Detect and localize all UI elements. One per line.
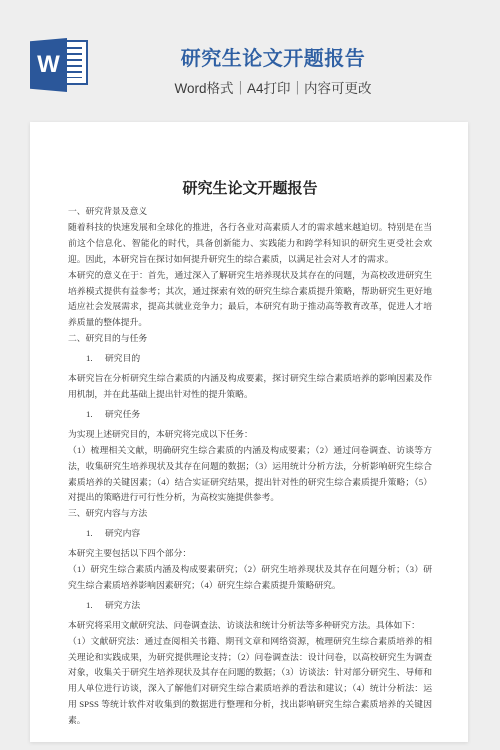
list-text: 研究目的 bbox=[105, 353, 140, 363]
doc-title: 研究生论文开题报告 bbox=[68, 122, 432, 198]
list-number: 1. bbox=[86, 598, 96, 614]
template-header: W 研究生论文开题报告 Word格式｜A4打印｜内容可更改 bbox=[0, 0, 500, 122]
doc-paragraph: 本研究主要包括以下四个部分： bbox=[68, 546, 432, 562]
doc-blocks: 一、研究背景及意义随着科技的快速发展和全球化的推进，各行各业对高素质人才的需求越… bbox=[68, 204, 432, 729]
doc-paragraph: 为实现上述研究目的，本研究将完成以下任务： bbox=[68, 427, 432, 443]
doc-section-heading: 二、研究目的与任务 bbox=[68, 331, 432, 347]
list-text: 研究内容 bbox=[105, 528, 140, 538]
list-number: 1. bbox=[86, 526, 96, 542]
doc-list-item: 1.研究任务 bbox=[68, 407, 432, 423]
doc-paragraph: 本研究旨在分析研究生综合素质的内涵及构成要素，探讨研究生综合素质培养的影响因素及… bbox=[68, 371, 432, 403]
doc-list-item: 1.研究内容 bbox=[68, 526, 432, 542]
template-title: 研究生论文开题报告 bbox=[0, 42, 500, 71]
doc-paragraph: 随着科技的快速发展和全球化的推进，各行各业对高素质人才的需求越来越迫切。特别是在… bbox=[68, 220, 432, 268]
doc-section-heading: 三、研究内容与方法 bbox=[68, 506, 432, 522]
doc-paragraph: （1）文献研究法：通过查阅相关书籍、期刊文章和网络资源，梳理研究生综合素质培养的… bbox=[68, 634, 432, 729]
list-number: 1. bbox=[86, 407, 96, 423]
template-subtitle: Word格式｜A4打印｜内容可更改 bbox=[0, 77, 500, 97]
document-preview-page: 研究生论文开题报告 一、研究背景及意义随着科技的快速发展和全球化的推进，各行各业… bbox=[30, 122, 468, 742]
doc-paragraph: （1）研究生综合素质内涵及构成要素研究；（2）研究生培养现状及其存在问题分析；（… bbox=[68, 562, 432, 594]
list-text: 研究任务 bbox=[105, 409, 140, 419]
list-number: 1. bbox=[86, 351, 96, 367]
list-text: 研究方法 bbox=[105, 600, 140, 610]
doc-list-item: 1.研究方法 bbox=[68, 598, 432, 614]
doc-paragraph: （1）梳理相关文献，明确研究生综合素质的内涵及构成要素；（2）通过问卷调查、访谈… bbox=[68, 443, 432, 507]
doc-section-heading: 一、研究背景及意义 bbox=[68, 204, 432, 220]
doc-list-item: 1.研究目的 bbox=[68, 351, 432, 367]
doc-paragraph: 本研究将采用文献研究法、问卷调查法、访谈法和统计分析法等多种研究方法。具体如下： bbox=[68, 618, 432, 634]
doc-paragraph: 本研究的意义在于：首先，通过深入了解研究生培养现状及其存在的问题，为高校改进研究… bbox=[68, 268, 432, 332]
